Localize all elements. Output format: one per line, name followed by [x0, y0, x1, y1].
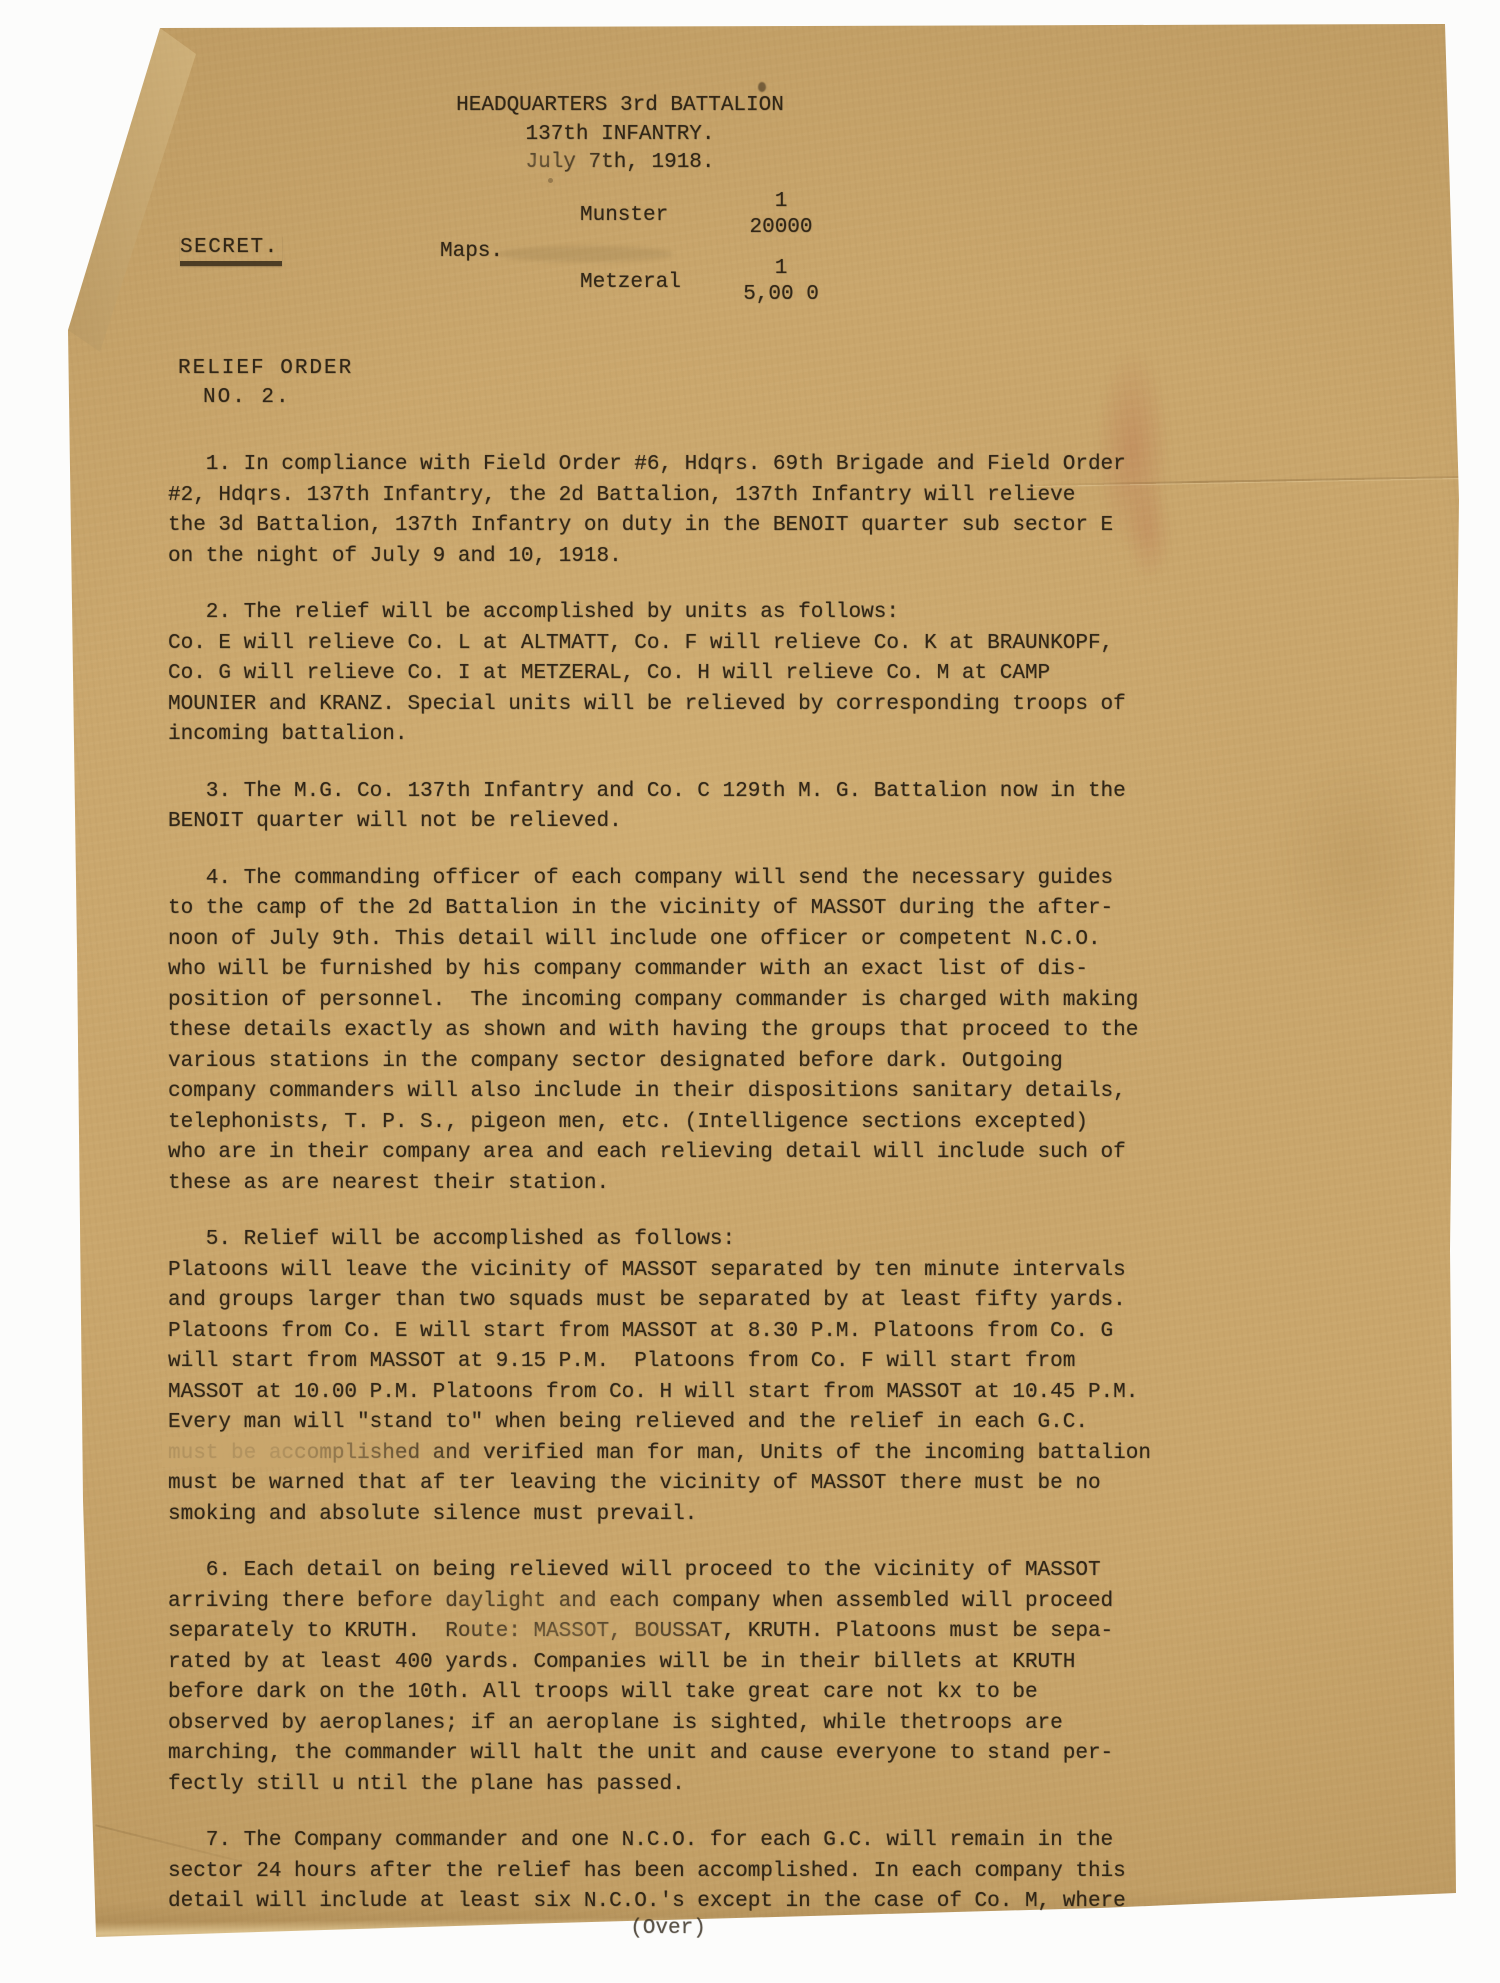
map-scale-metzeral-fraction: 1 5,00 0 [716, 256, 846, 308]
text-line: 6. Each detail on being relieved will pr… [168, 1556, 1180, 1587]
fraction-denominator: 20000 [716, 215, 846, 241]
text-line: company commanders will also include in … [168, 1077, 1180, 1108]
text-line: noon of July 9th. This detail will inclu… [168, 925, 1180, 956]
text-line: 1. In compliance with Field Order #6, Hd… [168, 450, 1180, 481]
document-body: 1. In compliance with Field Order #6, Hd… [168, 450, 1180, 1944]
text-line: various stations in the company sector d… [168, 1047, 1180, 1078]
document-header: HEADQUARTERS 3rd BATTALION 137th INFANTR… [370, 92, 870, 178]
text-line: will start from MASSOT at 9.15 P.M. Plat… [168, 1347, 1180, 1378]
map-scale-munster-label: Munster [580, 204, 668, 227]
text-line: observed by aeroplanes; if an aeroplane … [168, 1709, 1180, 1740]
paragraph: 4. The commanding officer of each compan… [168, 864, 1180, 1200]
text-line: BENOIT quarter will not be relieved. [168, 807, 1180, 838]
text-line: who will be furnished by his company com… [168, 955, 1180, 986]
text-line: before dark on the 10th. All troops will… [168, 1678, 1180, 1709]
fraction-denominator: 5,00 0 [716, 282, 846, 308]
text-line: Platoons from Co. E will start from MASS… [168, 1317, 1180, 1348]
paragraph: 5. Relief will be accomplished as follow… [168, 1225, 1180, 1530]
text-line: must be accomplished and verified man fo… [168, 1439, 1180, 1470]
text-line: 7. The Company commander and one N.C.O. … [168, 1826, 1180, 1857]
text-line: these as are nearest their station. [168, 1169, 1180, 1200]
order-title: RELIEF ORDER NO. 2. [178, 355, 353, 412]
text-line: 3. The M.G. Co. 137th Infantry and Co. C… [168, 777, 1180, 808]
fraction-numerator: 1 [716, 189, 846, 215]
typed-content: HEADQUARTERS 3rd BATTALION 137th INFANTR… [0, 0, 1500, 1983]
text-line: MOUNIER and KRANZ. Special units will be… [168, 690, 1180, 721]
map-scale-metzeral-label: Metzeral [580, 271, 681, 294]
header-unit-line: HEADQUARTERS 3rd BATTALION [370, 92, 870, 121]
paragraph: 7. The Company commander and one N.C.O. … [168, 1826, 1180, 1918]
text-line: 5. Relief will be accomplished as follow… [168, 1225, 1180, 1256]
text-line: 4. The commanding officer of each compan… [168, 864, 1180, 895]
text-line: the 3d Battalion, 137th Infantry on duty… [168, 511, 1180, 542]
text-line: to the camp of the 2d Battalion in the v… [168, 894, 1180, 925]
fraction-numerator: 1 [716, 256, 846, 282]
paragraph: 6. Each detail on being relieved will pr… [168, 1556, 1180, 1800]
order-title-line1: RELIEF ORDER [178, 355, 353, 384]
text-line: Every man will "stand to" when being rel… [168, 1408, 1180, 1439]
page-turn-note: (Over) [168, 1917, 1168, 1940]
text-line: #2, Hdqrs. 137th Infantry, the 2d Battal… [168, 481, 1180, 512]
text-line: Co. G will relieve Co. I at METZERAL, Co… [168, 659, 1180, 690]
text-line: rated by at least 400 yards. Companies w… [168, 1648, 1180, 1679]
text-line: who are in their company area and each r… [168, 1138, 1180, 1169]
text-line: sector 24 hours after the relief has bee… [168, 1857, 1180, 1888]
text-line: must be warned that af ter leaving the v… [168, 1469, 1180, 1500]
text-line: 2. The relief will be accomplished by un… [168, 598, 1180, 629]
text-line: arriving there before daylight and each … [168, 1587, 1180, 1618]
text-line: separately to KRUTH. Route: MASSOT, BOUS… [168, 1617, 1180, 1648]
text-line: and groups larger than two squads must b… [168, 1286, 1180, 1317]
scan-background: HEADQUARTERS 3rd BATTALION 137th INFANTR… [0, 0, 1500, 1983]
text-line: detail will include at least six N.C.O.'… [168, 1887, 1180, 1918]
text-line: fectly still u ntil the plane has passed… [168, 1770, 1180, 1801]
order-title-line2: NO. 2. [203, 384, 353, 413]
header-regiment-line: 137th INFANTRY. [370, 121, 870, 150]
text-line: on the night of July 9 and 10, 1918. [168, 542, 1180, 573]
text-line: position of personnel. The incoming comp… [168, 986, 1180, 1017]
header-date-line: July 7th, 1918. [370, 149, 870, 178]
text-line: smoking and absolute silence must prevai… [168, 1500, 1180, 1531]
text-line: MASSOT at 10.00 P.M. Platoons from Co. H… [168, 1378, 1180, 1409]
text-line: Platoons will leave the vicinity of MASS… [168, 1256, 1180, 1287]
text-line: these details exactly as shown and with … [168, 1016, 1180, 1047]
paragraph: 1. In compliance with Field Order #6, Hd… [168, 450, 1180, 572]
map-scale-munster-fraction: 1 20000 [716, 189, 846, 241]
text-line: Co. E will relieve Co. L at ALTMATT, Co.… [168, 629, 1180, 660]
text-line: telephonists, T. P. S., pigeon men, etc.… [168, 1108, 1180, 1139]
text-line: marching, the commander will halt the un… [168, 1739, 1180, 1770]
maps-label: Maps. [440, 240, 503, 263]
text-line: incoming battalion. [168, 720, 1180, 751]
paragraph: 3. The M.G. Co. 137th Infantry and Co. C… [168, 777, 1180, 838]
paragraph: 2. The relief will be accomplished by un… [168, 598, 1180, 751]
classification-stamp: SECRET. [180, 236, 282, 266]
